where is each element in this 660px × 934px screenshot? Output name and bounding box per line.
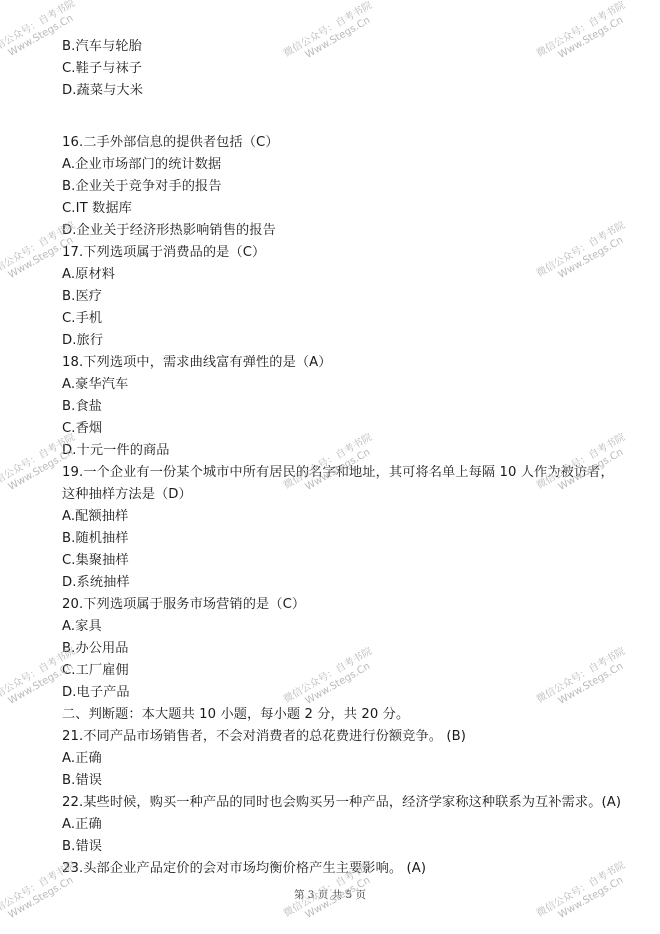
text-line: B.企业关于竞争对手的报告 [62,178,222,196]
watermark-text: 微信公众号：自考书院 [535,432,628,492]
watermark-text: 微信公众号：自考书院 [535,220,628,280]
text-line: 19.一个企业有一份某个城市中所有居民的名字和地址，其可将名单上每隔 10 人作… [62,464,614,482]
text-line: B.汽车与轮胎 [62,38,142,56]
text-line: B.错误 [62,838,102,856]
watermark-url: Www.Stegs.Cn [541,10,634,70]
text-line: B.错误 [62,772,102,790]
text-line: A.正确 [62,750,102,768]
text-line: B.办公用品 [62,640,129,658]
watermark-text: 微信公众号：自考书院 [282,432,375,492]
document-page: B.汽车与轮胎C.鞋子与袜子D.蔬菜与大米16.二手外部信息的提供者包括（C）A… [0,0,660,934]
text-line: C.集聚抽样 [62,552,129,570]
text-line: C.手机 [62,310,102,328]
text-line: B.食盐 [62,398,102,416]
page-footer: 第 3 页 共 5 页 [0,887,660,902]
watermark: 微信公众号：自考书院Www.Stegs.Cn [535,220,634,291]
text-line: A.原材料 [62,266,115,284]
text-line: 这种抽样方法是（D） [62,486,192,504]
text-line: A.配额抽样 [62,508,128,526]
text-line: 21.不同产品市场销售者，不会对消费者的总花费进行份额竞争。 (B) [62,728,466,746]
text-line: 16.二手外部信息的提供者包括（C） [62,134,279,152]
watermark-url: Www.Stegs.Cn [541,230,634,290]
text-line: C.鞋子与袜子 [62,60,142,78]
text-line: 17.下列选项属于消费品的是（C） [62,244,265,262]
text-line: C.IT 数据库 [62,200,132,218]
text-line: 18.下列选项中，需求曲线富有弹性的是（A） [62,354,332,372]
text-line: A.企业市场部门的统计数据 [62,156,221,174]
watermark: 微信公众号：自考书院Www.Stegs.Cn [535,0,634,71]
text-line: 二、判断题：本大题共 10 小题，每小题 2 分，共 20 分。 [62,706,409,724]
watermark-url: Www.Stegs.Cn [288,10,381,70]
watermark-text: 微信公众号：自考书院 [535,0,628,60]
text-line: 20.下列选项属于服务市场营销的是（C） [62,596,305,614]
text-line: D.企业关于经济形热影响销售的报告 [62,222,276,240]
watermark: 微信公众号：自考书院Www.Stegs.Cn [282,0,381,71]
watermark: 微信公众号：自考书院Www.Stegs.Cn [0,0,84,69]
text-line: A.豪华汽车 [62,376,128,394]
text-line: D.十元一件的商品 [62,442,170,460]
watermark: 微信公众号：自考书院Www.Stegs.Cn [535,646,634,717]
watermark-url: Www.Stegs.Cn [541,656,634,716]
text-line: 23.头部企业产品定价的会对市场均衡价格产生主要影响。 (A) [62,860,426,878]
watermark-text: 微信公众号：自考书院 [535,646,628,706]
text-line: D.蔬菜与大米 [62,82,143,100]
text-line: A.家具 [62,618,102,636]
text-line: B.随机抽样 [62,530,129,548]
text-line: C.香烟 [62,420,102,438]
text-line: D.电子产品 [62,684,130,702]
watermark-text: 微信公众号：自考书院 [282,0,375,60]
text-line: D.系统抽样 [62,574,130,592]
text-line: 22.某些时候，购买一种产品的同时也会购买另一种产品，经济学家称这种联系为互补需… [62,794,621,812]
watermark-text: 微信公众号：自考书院 [282,646,375,706]
text-line: C.工厂雇佣 [62,662,129,680]
text-line: B.医疗 [62,288,102,306]
text-line: D.旅行 [62,332,103,350]
text-line: A.正确 [62,816,102,834]
